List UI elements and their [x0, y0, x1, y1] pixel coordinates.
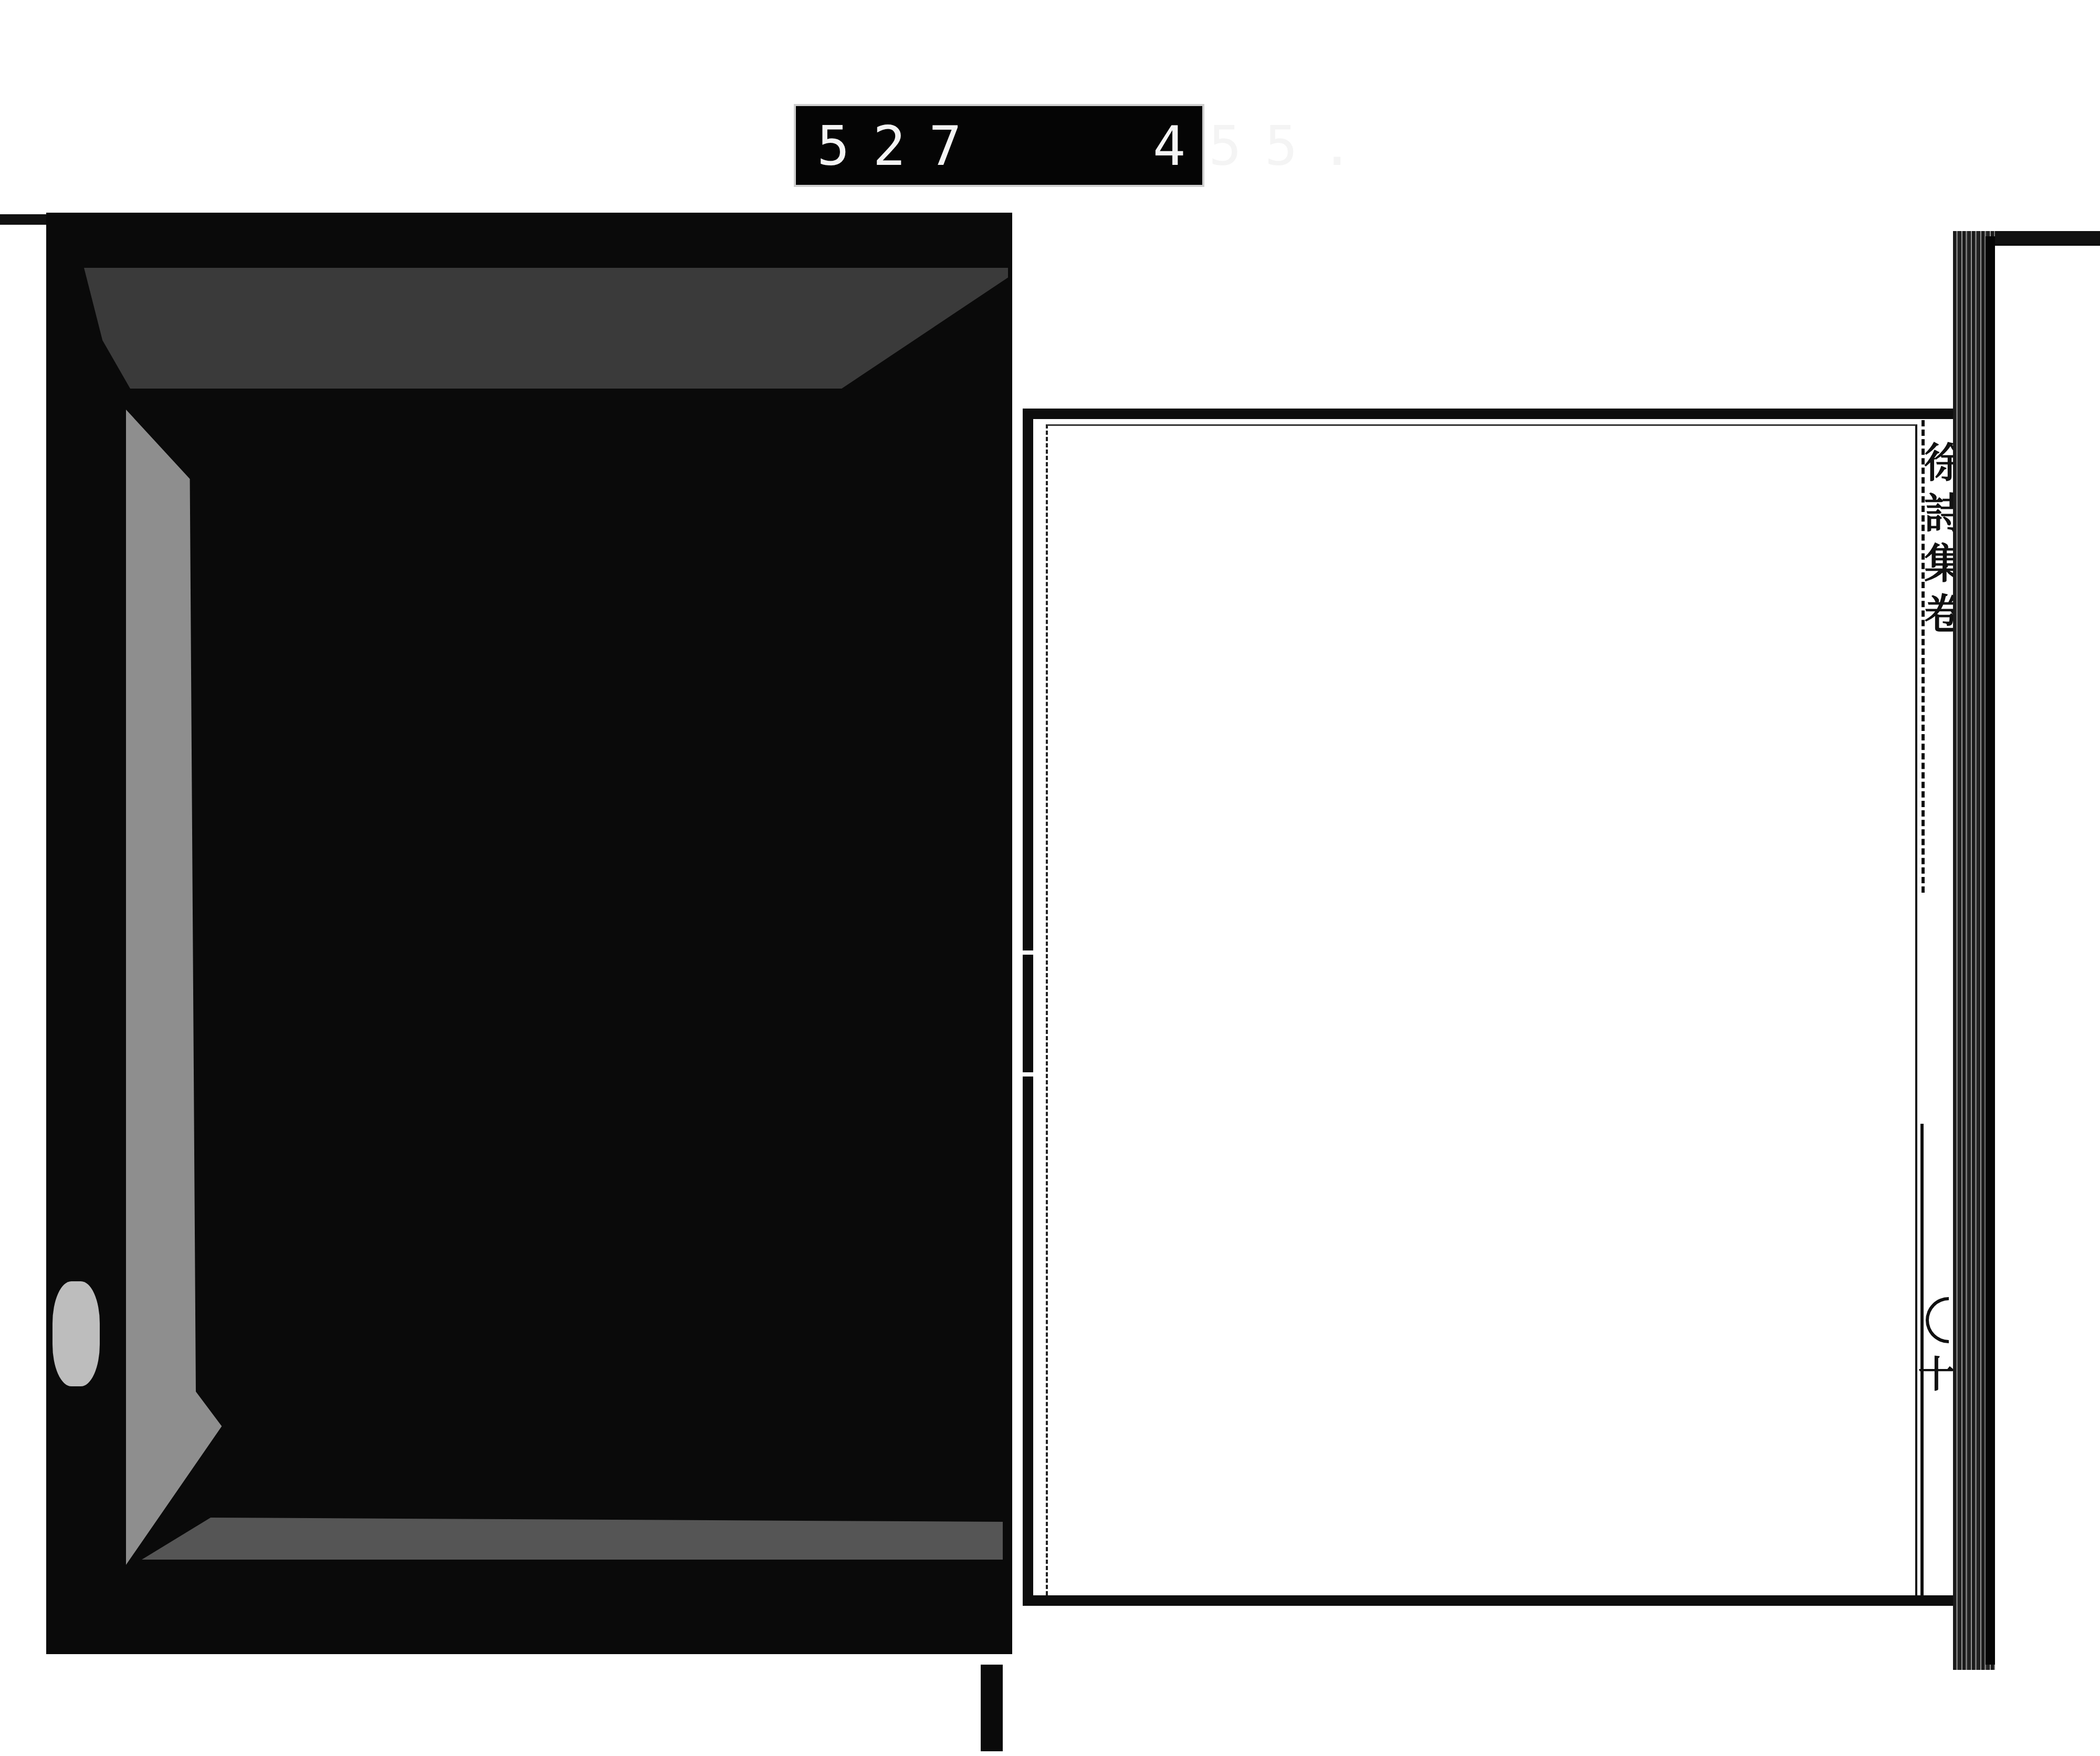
- cover-wear-mark: [52, 1281, 100, 1386]
- binding-edge: [1986, 236, 1995, 1665]
- cover-edge-stub: [981, 1665, 1003, 1751]
- cover-fold-bottom: [142, 1518, 1003, 1560]
- frame-counter-digits: 527 455.: [817, 114, 1192, 177]
- next-page-edge: [1995, 231, 2100, 244]
- page-border-inner: [1046, 424, 1917, 1595]
- frame-counter: 527 455.: [794, 104, 1204, 187]
- border-break: [1022, 950, 1035, 955]
- border-break: [1022, 1072, 1035, 1076]
